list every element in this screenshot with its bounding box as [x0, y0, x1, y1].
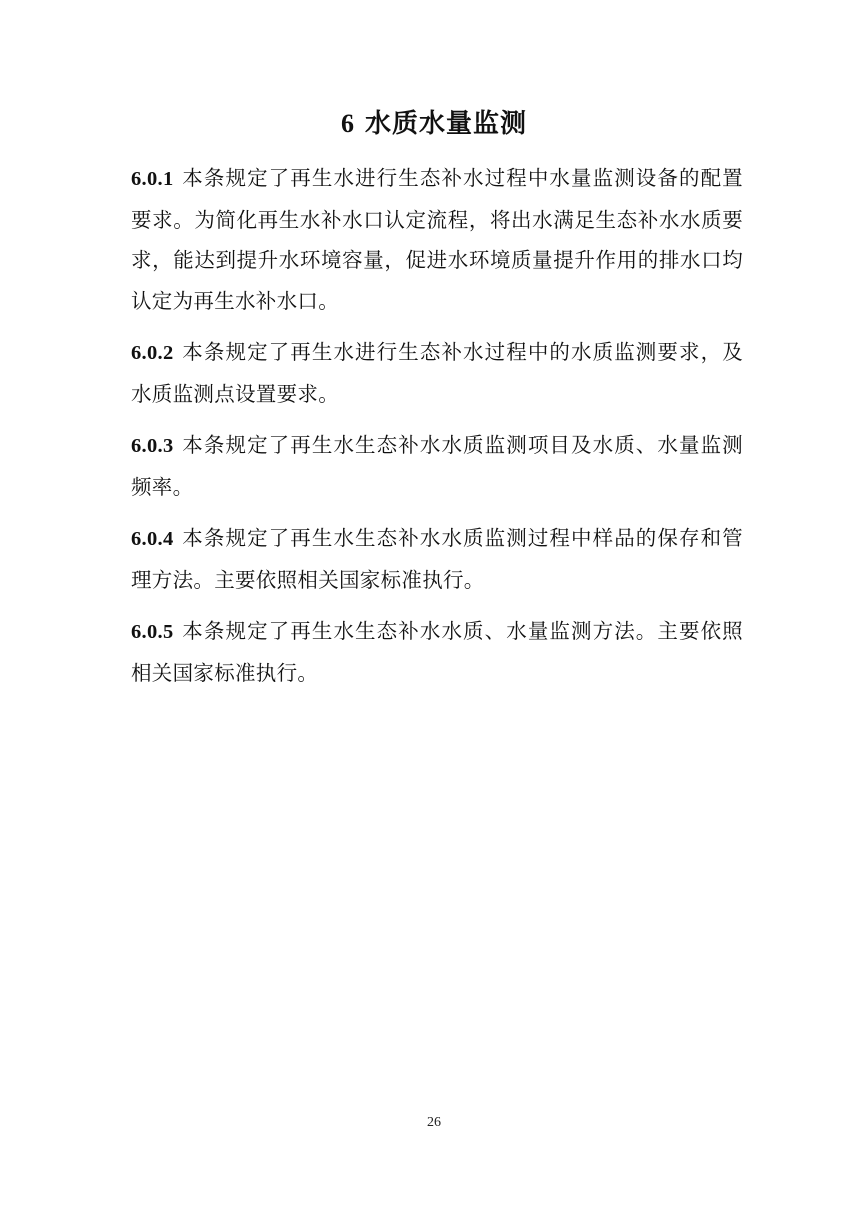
clause-number: 6.0.5	[131, 621, 174, 643]
section-number: 6	[341, 109, 355, 138]
section-body: 6.0.1本条规定了再生水进行生态补水过程中水量监测设备的配置要求。为简化再生水…	[131, 158, 743, 704]
clause-number: 6.0.2	[131, 342, 174, 364]
page-number: 26	[0, 1114, 868, 1132]
clause-text: 本条规定了再生水生态补水水质、水量监测方法。主要依照相关国家标准执行。	[131, 619, 743, 685]
clause-text: 本条规定了再生水进行生态补水过程中的水质监测要求，及水质监测点设置要求。	[131, 340, 743, 406]
clause-number: 6.0.4	[131, 528, 174, 550]
clause-text: 本条规定了再生水生态补水水质监测过程中样品的保存和管理方法。主要依照相关国家标准…	[131, 526, 743, 592]
clause-paragraph: 6.0.2本条规定了再生水进行生态补水过程中的水质监测要求，及水质监测点设置要求…	[131, 332, 743, 414]
document-page: 6 水质水量监测 6.0.1本条规定了再生水进行生态补水过程中水量监测设备的配置…	[0, 0, 868, 1227]
clause-paragraph: 6.0.4本条规定了再生水生态补水水质监测过程中样品的保存和管理方法。主要依照相…	[131, 518, 743, 600]
clause-paragraph: 6.0.3本条规定了再生水生态补水水质监测项目及水质、水量监测频率。	[131, 425, 743, 507]
section-title-text: 水质水量监测	[365, 109, 527, 139]
section-title: 6 水质水量监测	[0, 104, 868, 144]
clause-number: 6.0.1	[131, 168, 174, 190]
clause-paragraph: 6.0.5本条规定了再生水生态补水水质、水量监测方法。主要依照相关国家标准执行。	[131, 611, 743, 693]
clause-paragraph: 6.0.1本条规定了再生水进行生态补水过程中水量监测设备的配置要求。为简化再生水…	[131, 158, 743, 321]
clause-number: 6.0.3	[131, 435, 174, 457]
clause-text: 本条规定了再生水进行生态补水过程中水量监测设备的配置要求。为简化再生水补水口认定…	[131, 166, 743, 313]
clause-text: 本条规定了再生水生态补水水质监测项目及水质、水量监测频率。	[131, 433, 743, 499]
